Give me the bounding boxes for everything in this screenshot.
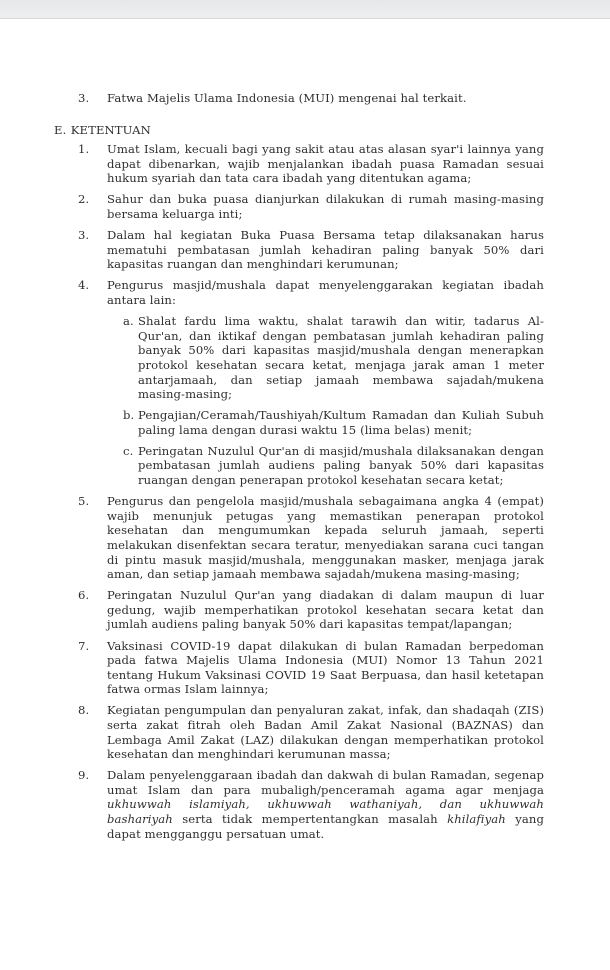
sub-list-item: c. Peringatan Nuzulul Qur'an di masjid/m… xyxy=(60,444,544,488)
list-item: 7. Vaksinasi COVID-19 dapat dilakukan di… xyxy=(60,639,544,697)
sub-item-letter: c. xyxy=(123,444,133,459)
item-text: Fatwa Majelis Ulama Indonesia (MUI) meng… xyxy=(107,91,467,105)
list-item: 9. Dalam penyelenggaraan ibadah dan dakw… xyxy=(60,768,544,841)
list-item: 6. Peringatan Nuzulul Qur'an yang diadak… xyxy=(60,588,544,632)
item-text: Vaksinasi COVID-19 dapat dilakukan di bu… xyxy=(107,639,544,697)
item-number: 3. xyxy=(78,91,89,106)
text-segment: serta tidak mempertentangkan masalah xyxy=(173,812,447,826)
list-item: 5. Pengurus dan pengelola masjid/mushala… xyxy=(60,494,544,582)
sub-list-item: a. Shalat fardu lima waktu, shalat taraw… xyxy=(60,314,544,402)
pre-list-item: 3. Fatwa Majelis Ulama Indonesia (MUI) m… xyxy=(60,91,544,106)
item-number: 2. xyxy=(78,192,89,207)
sub-item-text: Pengajian/Ceramah/Taushiyah/Kultum Ramad… xyxy=(138,408,544,437)
item-number: 9. xyxy=(78,768,89,783)
item-text: Pengurus masjid/mushala dapat menyelengg… xyxy=(107,278,544,307)
item-text: Dalam hal kegiatan Buka Puasa Bersama te… xyxy=(107,228,544,271)
list-item: 3. Dalam hal kegiatan Buka Puasa Bersama… xyxy=(60,228,544,272)
viewer-top-bar xyxy=(0,0,610,19)
item-text: Kegiatan pengumpulan dan penyaluran zaka… xyxy=(107,703,544,761)
italic-term: khilafiyah xyxy=(447,812,506,826)
item-number: 4. xyxy=(78,278,89,293)
list-item: 8. Kegiatan pengumpulan dan penyaluran z… xyxy=(60,703,544,761)
document-page: 3. Fatwa Majelis Ulama Indonesia (MUI) m… xyxy=(0,19,610,970)
item-text: Umat Islam, kecuali bagi yang sakit atau… xyxy=(107,142,544,185)
item-number: 3. xyxy=(78,228,89,243)
item-number: 1. xyxy=(78,142,89,157)
section-letter: E. xyxy=(54,123,67,138)
item-number: 8. xyxy=(78,703,89,718)
sub-item-text: Shalat fardu lima waktu, shalat tarawih … xyxy=(138,314,544,401)
item-number: 7. xyxy=(78,639,89,654)
sub-item-text: Peringatan Nuzulul Qur'an di masjid/mush… xyxy=(138,444,544,487)
sub-item-letter: b. xyxy=(123,408,134,423)
item-text: Pengurus dan pengelola masjid/mushala se… xyxy=(107,494,544,581)
section-title: KETENTUAN xyxy=(71,123,151,137)
document-content: 3. Fatwa Majelis Ulama Indonesia (MUI) m… xyxy=(60,91,544,848)
item-number: 6. xyxy=(78,588,89,603)
item-number: 5. xyxy=(78,494,89,509)
sub-item-letter: a. xyxy=(123,314,134,329)
list-item: 4. Pengurus masjid/mushala dapat menyele… xyxy=(60,278,544,307)
item-text: Dalam penyelenggaraan ibadah dan dakwah … xyxy=(107,768,544,840)
text-segment: Dalam penyelenggaraan ibadah dan dakwah … xyxy=(107,768,544,797)
item-text: Peringatan Nuzulul Qur'an yang diadakan … xyxy=(107,588,544,631)
sub-list-item: b. Pengajian/Ceramah/Taushiyah/Kultum Ra… xyxy=(60,408,544,437)
section-heading: E. KETENTUAN xyxy=(60,123,544,138)
item-text: Sahur dan buka puasa dianjurkan dilakuka… xyxy=(107,192,544,221)
list-item: 2. Sahur dan buka puasa dianjurkan dilak… xyxy=(60,192,544,221)
list-item: 1. Umat Islam, kecuali bagi yang sakit a… xyxy=(60,142,544,186)
